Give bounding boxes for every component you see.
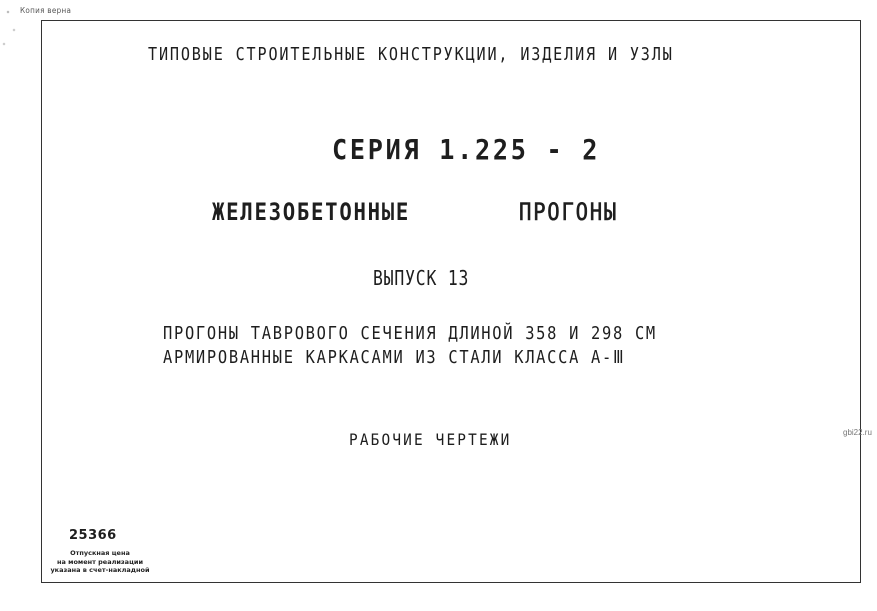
description-line-2: армированные каркасами из стали класса А… xyxy=(163,347,625,368)
series-heading: Типовые строительные конструкции, издели… xyxy=(148,44,674,65)
copy-stamp: Копия верна xyxy=(20,6,71,15)
price-note-line: указана в счет-накладной xyxy=(46,566,154,575)
document-number: 25366 xyxy=(69,528,117,543)
price-note-line: Отпускная цена xyxy=(46,549,154,558)
price-note: Отпускная цена на момент реализации указ… xyxy=(46,549,154,575)
price-note-line: на момент реализации xyxy=(46,558,154,567)
issue-number: Выпуск 13 xyxy=(373,266,469,290)
series-code: Серия 1.225 - 2 xyxy=(332,133,600,166)
title-part-a: Железобетонные xyxy=(212,198,410,226)
watermark: gbi22.ru xyxy=(843,428,872,437)
document-type: Рабочие чертежи xyxy=(349,430,511,449)
title-part-b: прогоны xyxy=(519,198,618,226)
description-line-1: Прогоны таврового сечения длиной 358 и 2… xyxy=(163,323,657,344)
drawing-frame xyxy=(41,20,861,583)
